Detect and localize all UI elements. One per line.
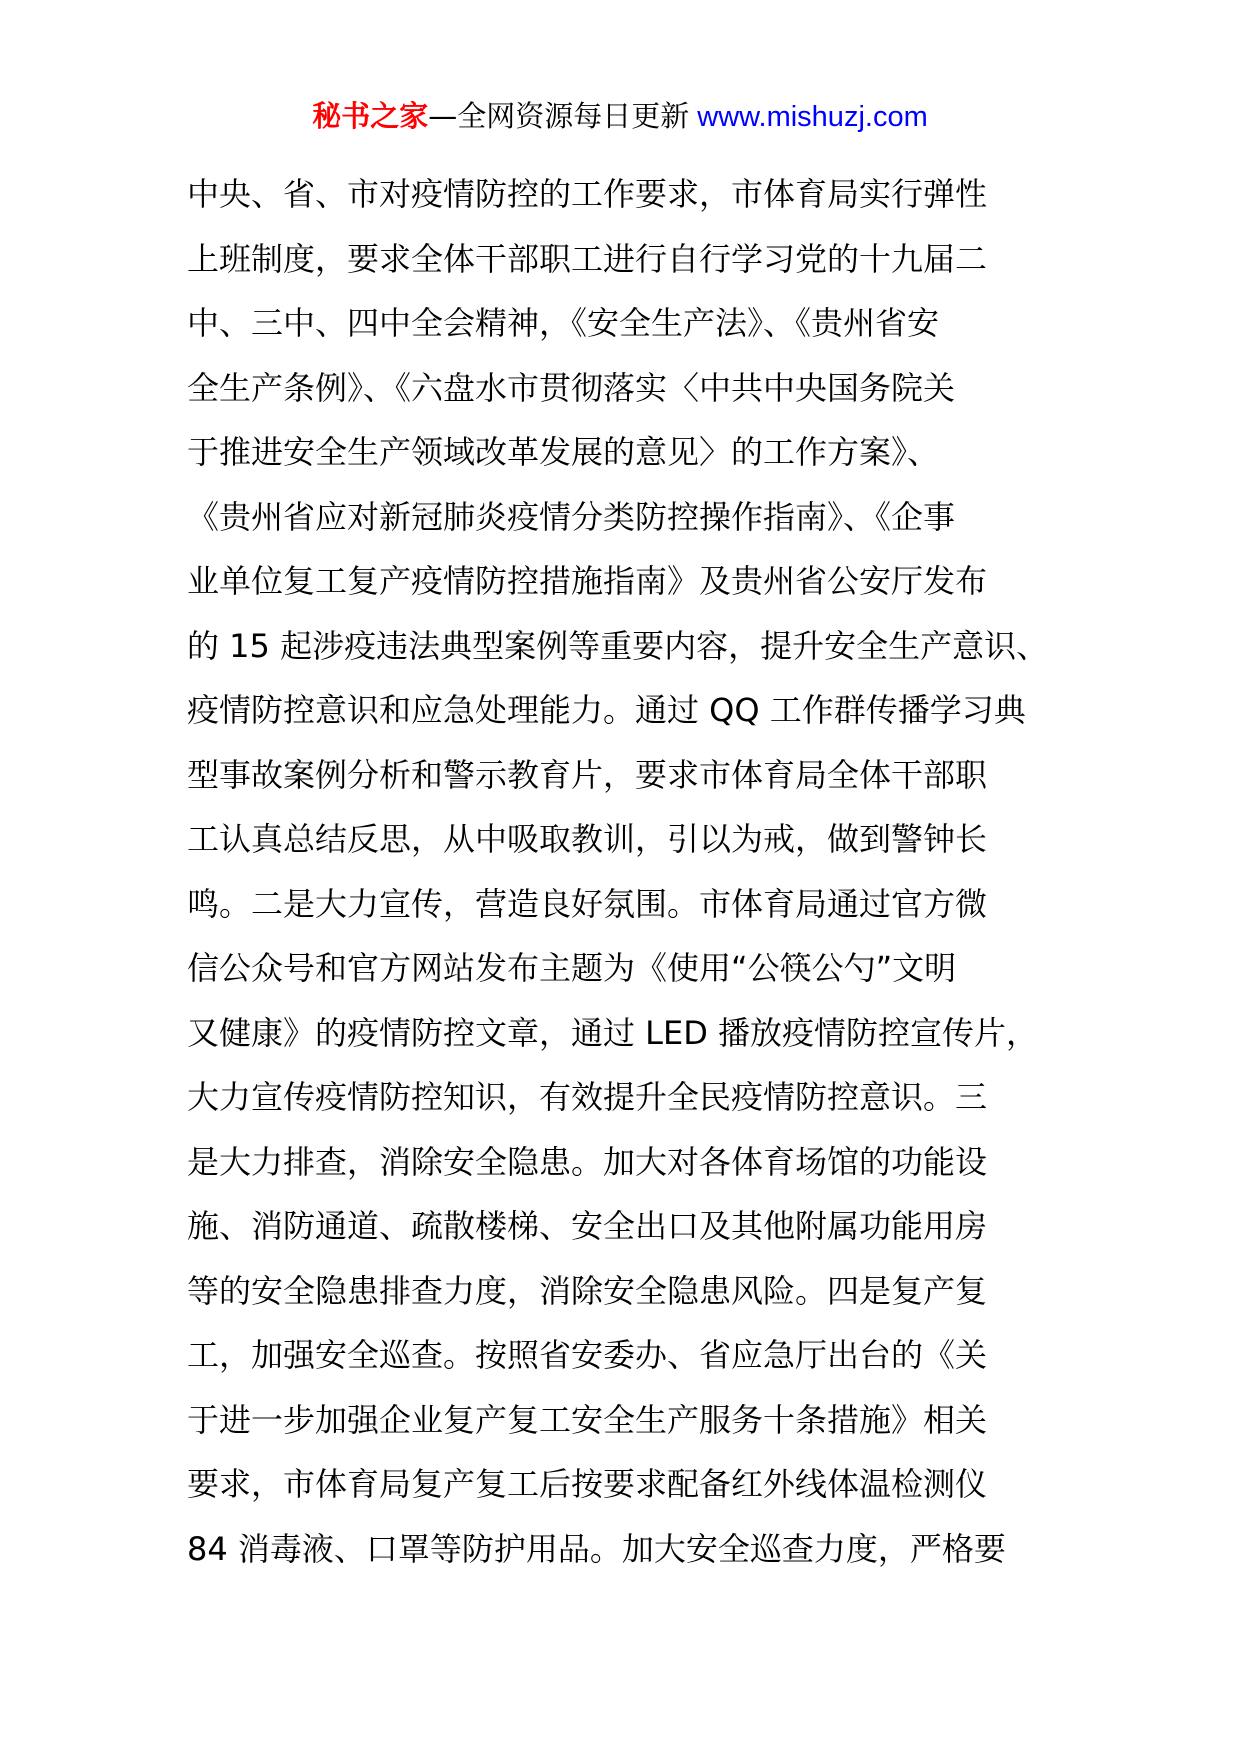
text-line: 工认真总结反思，从中吸取教训，引以为戒，做到警钟长	[187, 807, 1087, 872]
text-line: 是大力排查，消除安全隐患。加大对各体育场馆的功能设	[187, 1130, 1087, 1195]
website-link[interactable]: www.mishuzj.com	[697, 101, 927, 133]
text-line: 施、消防通道、疏散楼梯、安全出口及其他附属功能用房	[187, 1194, 1087, 1259]
text-line: 于进一步加强企业复产复工安全生产服务十条措施》相关	[187, 1388, 1087, 1453]
text-line: 疫情防控意识和应急处理能力。通过 QQ 工作群传播学习典	[187, 678, 1087, 743]
text-line: 业单位复工复产疫情防控措施指南》及贵州省公安厅发布	[187, 549, 1087, 614]
text-line: 鸣。二是大力宣传，营造良好氛围。市体育局通过官方微	[187, 872, 1087, 937]
text-line: 工，加强安全巡查。按照省安委办、省应急厅出台的《关	[187, 1323, 1087, 1388]
text-line: 中、三中、四中全会精神，《安全生产法》、《贵州省安	[187, 291, 1087, 356]
text-line: 上班制度，要求全体干部职工进行自行学习党的十九届二	[187, 227, 1087, 292]
text-line: 大力宣传疫情防控知识，有效提升全民疫情防控意识。三	[187, 1065, 1087, 1130]
brand-name: 秘书之家	[312, 99, 428, 133]
text-line: 全生产条例》、《六盘水市贯彻落实〈中共中央国务院关	[187, 356, 1087, 421]
page-header: 秘书之家—全网资源每日更新www.mishuzj.com	[0, 96, 1240, 137]
text-line: 等的安全隐患排查力度，消除安全隐患风险。四是复产复	[187, 1259, 1087, 1324]
text-line: 《贵州省应对新冠肺炎疫情分类防控操作指南》、《企事	[187, 485, 1087, 550]
document-body: 中央、省、市对疫情防控的工作要求，市体育局实行弹性 上班制度，要求全体干部职工进…	[187, 162, 1087, 1581]
text-line: 型事故案例分析和警示教育片，要求市体育局全体干部职	[187, 743, 1087, 808]
text-line: 中央、省、市对疫情防控的工作要求，市体育局实行弹性	[187, 162, 1087, 227]
text-line: 要求，市体育局复产复工后按要求配备红外线体温检测仪	[187, 1452, 1087, 1517]
text-line: 又健康》的疫情防控文章，通过 LED 播放疫情防控宣传片，	[187, 1001, 1087, 1066]
text-line: 的 15 起涉疫违法典型案例等重要内容，提升安全生产意识、	[187, 614, 1087, 679]
text-line: 信公众号和官方网站发布主题为《使用“公筷公勺”文明	[187, 936, 1087, 1001]
text-line: 于推进安全生产领域改革发展的意见〉的工作方案》、	[187, 420, 1087, 485]
text-line: 84 消毒液、口罩等防护用品。加大安全巡查力度，严格要	[187, 1517, 1087, 1582]
header-slogan: —全网资源每日更新	[428, 99, 689, 133]
